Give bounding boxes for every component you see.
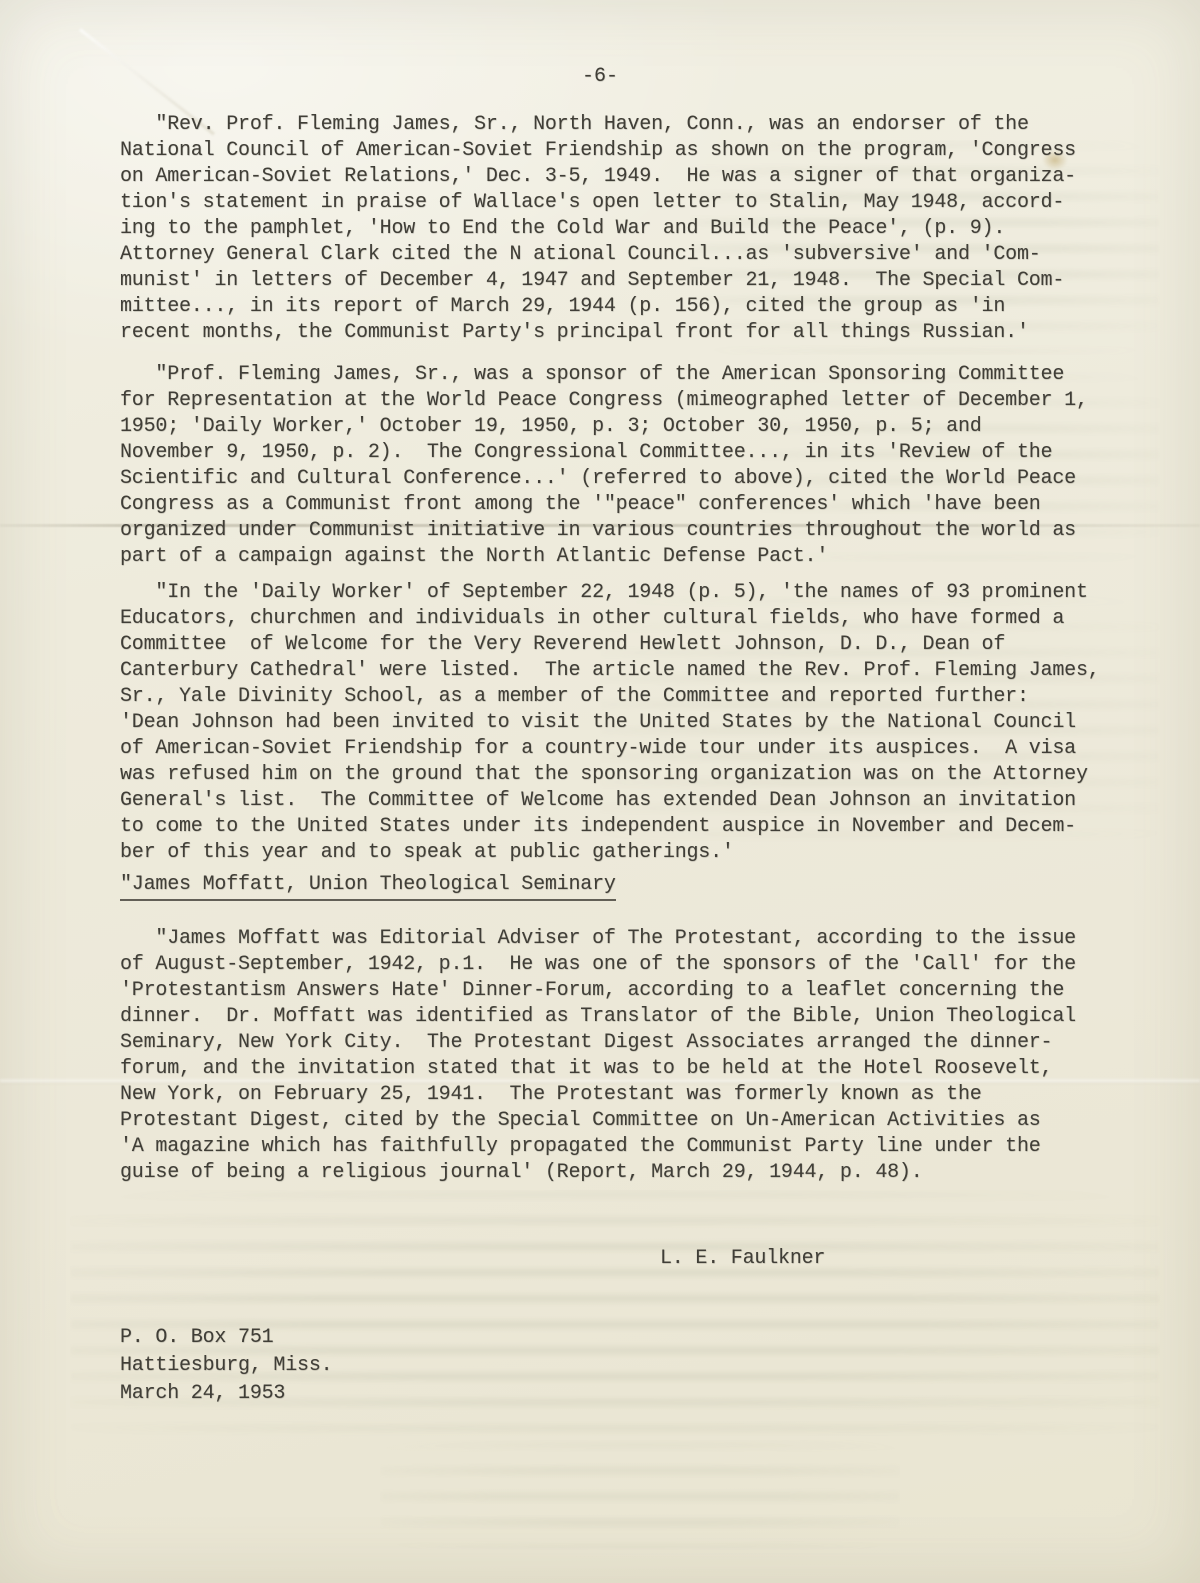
- paragraph-world-peace-congress: "Prof. Fleming James, Sr., was a sponsor…: [120, 362, 1168, 570]
- paragraph-fleming-james-endorser: "Rev. Prof. Fleming James, Sr., North Ha…: [120, 112, 1168, 346]
- paragraph-james-moffatt-protestant: "James Moffatt was Editorial Adviser of …: [120, 926, 1168, 1186]
- paragraph-daily-worker-committee-of-welcome: "In the 'Daily Worker' of September 22, …: [120, 580, 1168, 866]
- section-heading-james-moffatt: "James Moffatt, Union Theological Semina…: [120, 872, 616, 901]
- section-heading-text: "James Moffatt, Union Theological Semina…: [120, 872, 616, 901]
- scanned-document-page: -6- "Rev. Prof. Fleming James, Sr., Nort…: [0, 0, 1200, 1583]
- bleed-through-artifact: [70, 1190, 1160, 1450]
- signature-name: L. E. Faulkner: [660, 1246, 825, 1272]
- bleed-through-artifact: [380, 1440, 900, 1550]
- address-block: P. O. Box 751 Hattiesburg, Miss. March 2…: [120, 1324, 332, 1408]
- page-number: -6-: [0, 64, 1200, 90]
